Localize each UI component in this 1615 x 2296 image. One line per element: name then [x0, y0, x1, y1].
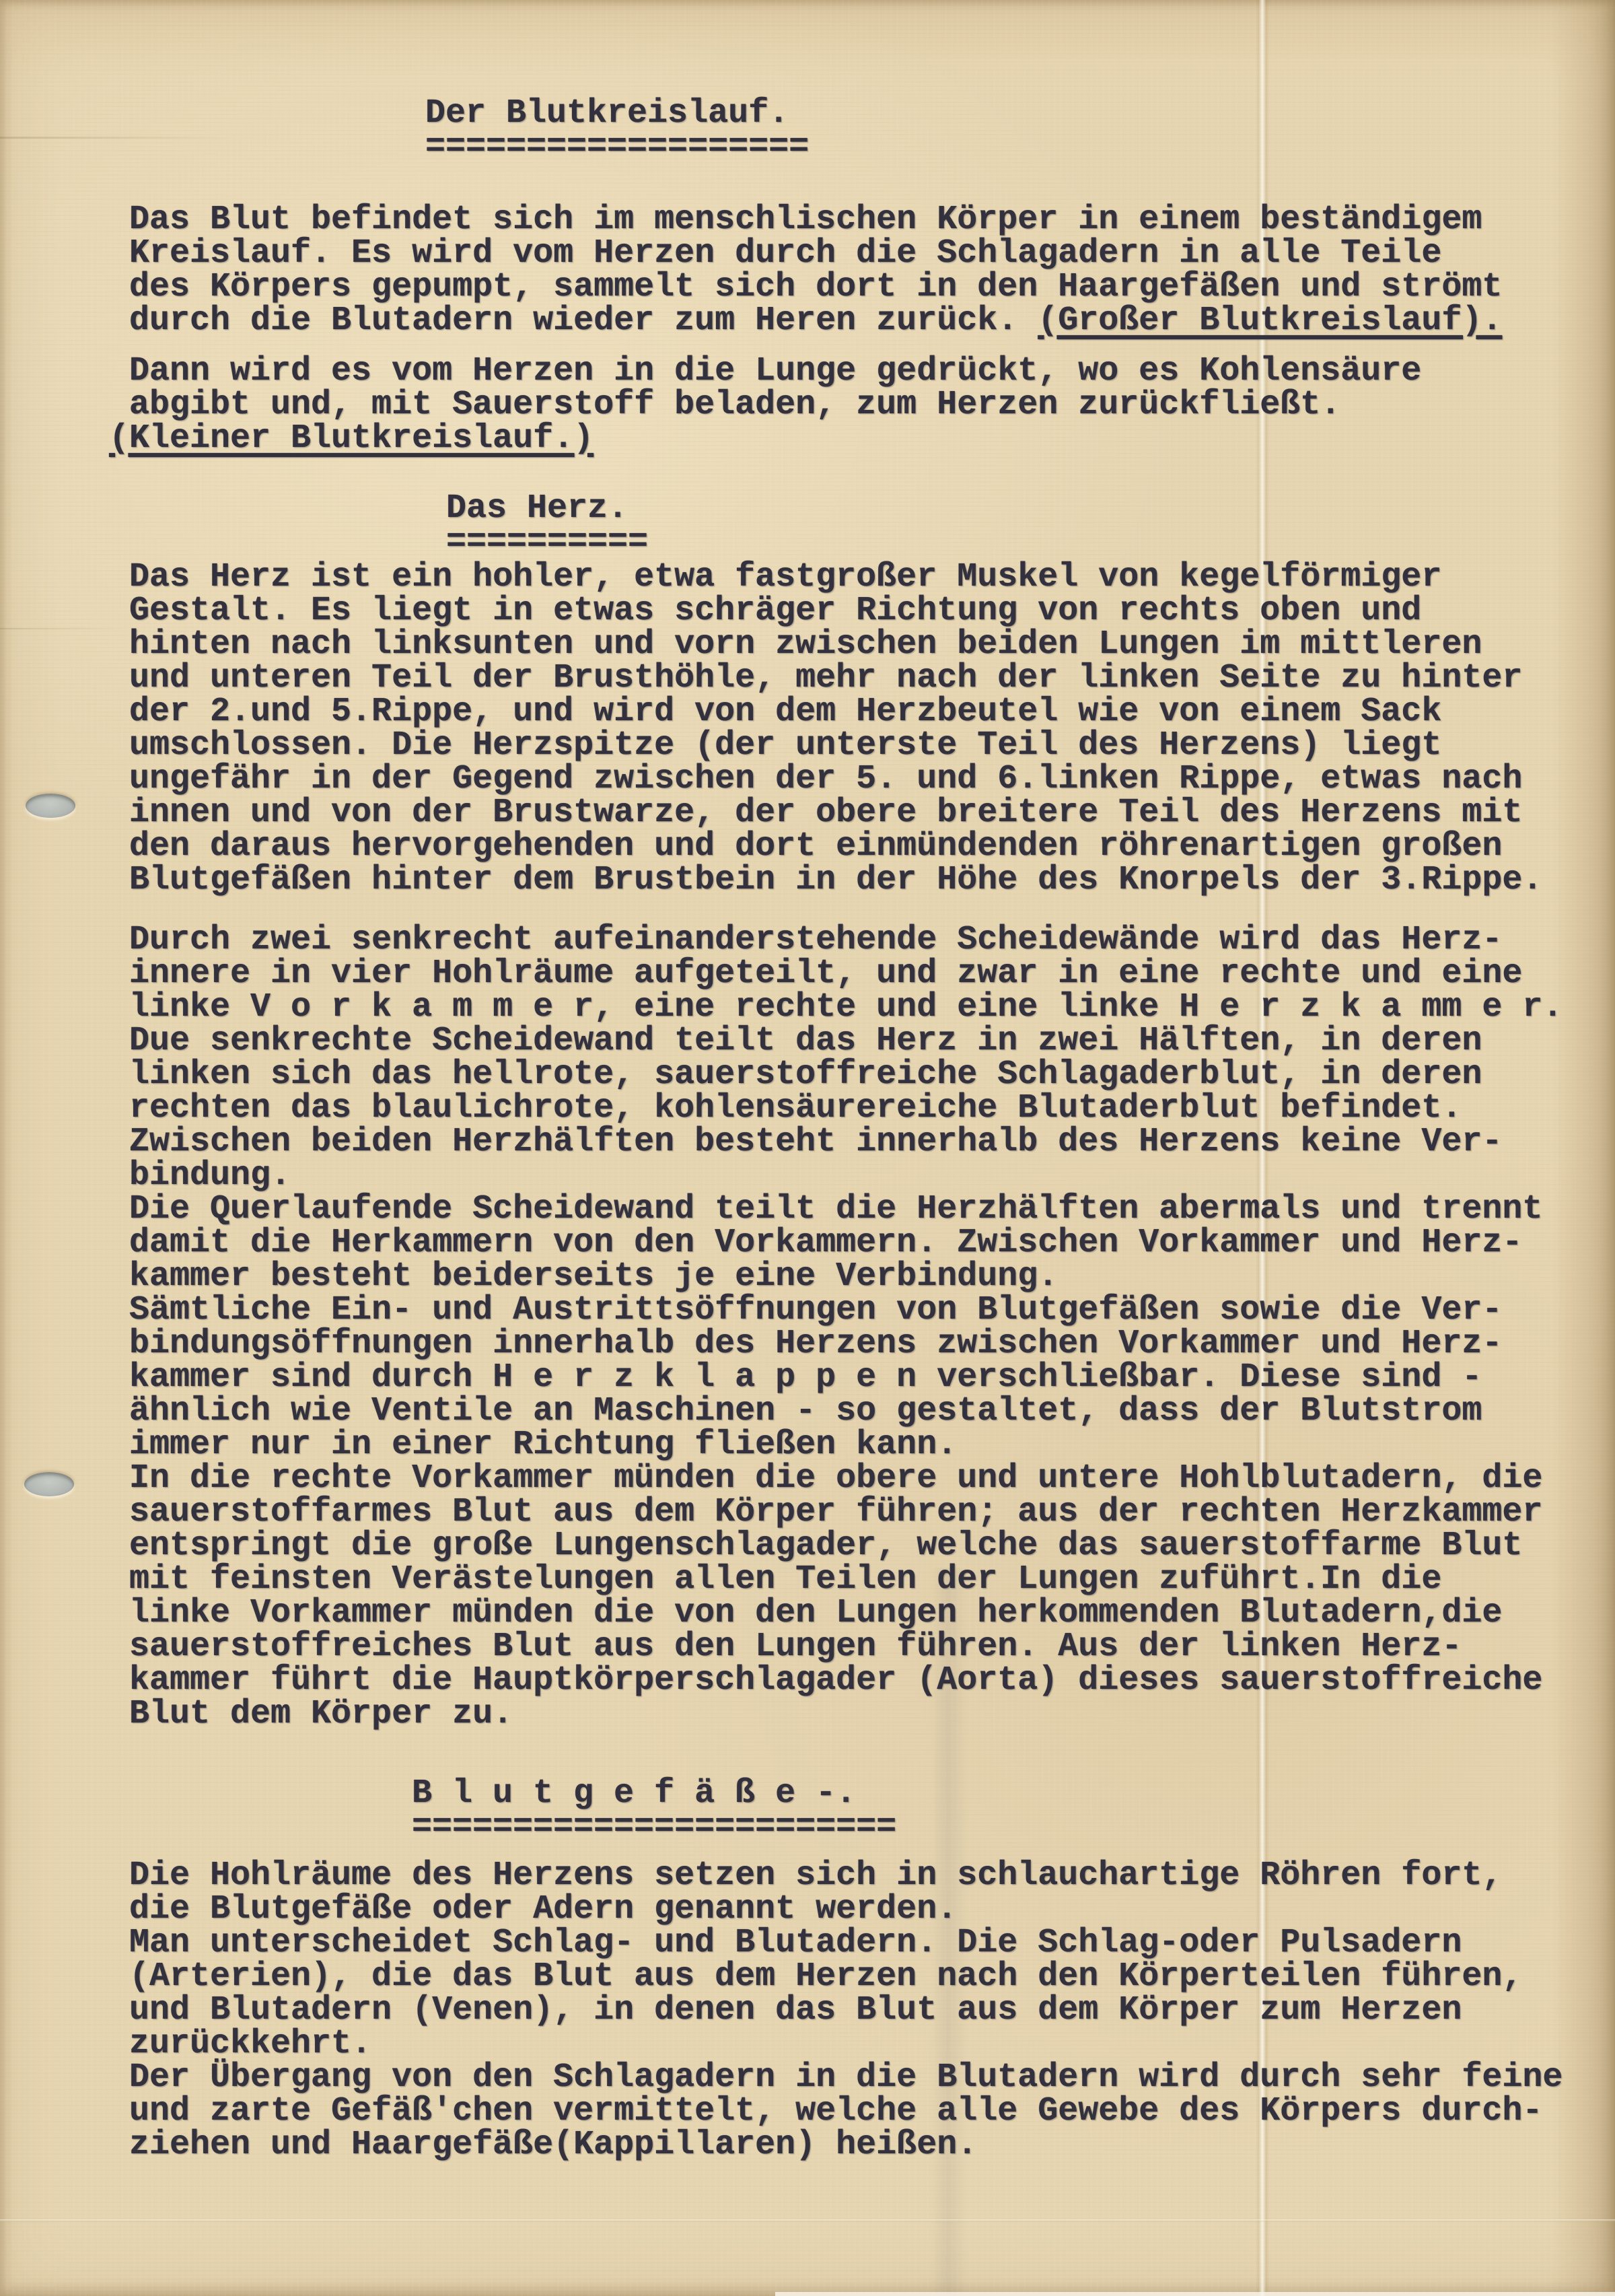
- line-text: In die rechte Vorkammer münden die obere…: [129, 1459, 1542, 1498]
- line-text: rechten das blaulichrote, kohlensäurerei…: [129, 1089, 1462, 1127]
- line-text: Das Herz.: [446, 489, 628, 528]
- text-line: Das Herz ist ein hohler, etwa fastgroßer…: [129, 561, 1615, 594]
- text-line: Der Übergang von den Schlagadern in die …: [129, 2061, 1615, 2095]
- text-line: durch die Blutadern wieder zum Heren zur…: [129, 304, 1615, 338]
- line-text: und unteren Teil der Brusthöhle, mehr na…: [129, 659, 1522, 697]
- text-line: Das Herz.: [446, 492, 1615, 526]
- text-line: Sämtliche Ein- und Austrittsöffnungen vo…: [129, 1294, 1615, 1327]
- line-text: innen und von der Brustwarze, der obere …: [129, 794, 1522, 832]
- text-line: und unteren Teil der Brusthöhle, mehr na…: [129, 662, 1615, 695]
- text-line: ähnlich wie Ventile an Maschinen - so ge…: [129, 1395, 1615, 1428]
- text-line: Durch zwei senkrecht aufeinanderstehende…: [129, 924, 1615, 957]
- text-line: Die Hohlräume des Herzens setzen sich in…: [129, 1859, 1615, 1893]
- line-text: ungefähr in der Gegend zwischen der 5. u…: [129, 760, 1522, 798]
- line-text: Die Hohlräume des Herzens setzen sich in…: [129, 1856, 1502, 1895]
- line-text: die Blutgefäße oder Adern genannt werden…: [129, 1890, 957, 1928]
- text-line: mit feinsten Verästelungen allen Teilen …: [129, 1563, 1615, 1597]
- punch-hole-top: [26, 794, 75, 818]
- line-text: Durch zwei senkrecht aufeinanderstehende…: [129, 921, 1502, 959]
- text-line: Dann wird es vom Herzen in die Lunge ged…: [129, 355, 1615, 388]
- line-text: und Blutadern (Venen), in denen das Blut…: [129, 1991, 1462, 2029]
- line-text: kammer führt die Hauptkörperschlagader (…: [129, 1661, 1542, 1700]
- text-line: (Arterien), die das Blut aus dem Herzen …: [129, 1960, 1615, 1994]
- text-line: ===================: [425, 131, 1615, 164]
- text-line: In die rechte Vorkammer münden die obere…: [129, 1462, 1615, 1496]
- line-text: kammer sind durch H e r z k l a p p e n …: [129, 1358, 1482, 1397]
- section-heading: Das Herz.==========: [446, 492, 1615, 559]
- text-line: der 2.und 5.Rippe, und wird von dem Herz…: [129, 695, 1615, 729]
- text-line: entspringt die große Lungenschlagader, w…: [129, 1529, 1615, 1563]
- section-heading: Der Blutkreislauf.===================: [425, 97, 1615, 164]
- line-text: zurückkehrt.: [129, 2025, 371, 2063]
- line-text: Zwischen beiden Herzhälften besteht inne…: [129, 1123, 1502, 1161]
- text-line: und zarte Gefäß'chen vermittelt, welche …: [129, 2095, 1615, 2128]
- line-text: B l u t g e f ä ß e -.: [412, 1774, 856, 1813]
- text-line: Der Blutkreislauf.: [425, 97, 1615, 131]
- text-line: sauerstoffarmes Blut aus dem Körper führ…: [129, 1496, 1615, 1529]
- text-line: linke V o r k a m m e r, eine rechte und…: [129, 991, 1615, 1024]
- line-text: des Körpers gepumpt, sammelt sich dort i…: [129, 268, 1502, 306]
- line-text: umschlossen. Die Herzspitze (der unterst…: [129, 726, 1441, 765]
- line-text: damit die Herkammern von den Vorkammern.…: [129, 1224, 1522, 1262]
- section-heading: B l u t g e f ä ß e -.==================…: [412, 1777, 1615, 1844]
- text-line: Man unterscheidet Schlag- und Blutadern.…: [129, 1926, 1615, 1960]
- text-line: innen und von der Brustwarze, der obere …: [129, 796, 1615, 830]
- line-text: kammer besteht beiderseits je eine Verbi…: [129, 1257, 1058, 1296]
- line-text: linke V o r k a m m e r, eine rechte und…: [129, 988, 1563, 1027]
- line-text: Due senkrechte Scheidewand teilt das Her…: [129, 1022, 1482, 1060]
- line-text: bindungsöffnungen innerhalb des Herzens …: [129, 1325, 1502, 1363]
- text-line: ==========: [446, 526, 1615, 559]
- underlined-text: (Kleiner Blutkreislauf.): [109, 419, 594, 458]
- line-text: bindung.: [129, 1156, 291, 1195]
- left-mid-crease: [0, 628, 131, 629]
- line-text: ========================: [412, 1808, 896, 1846]
- line-text: Dann wird es vom Herzen in die Lunge ged…: [129, 352, 1421, 390]
- line-text: ===================: [425, 128, 809, 166]
- bottom-crease: [0, 2219, 1615, 2222]
- line-text: Der Übergang von den Schlagadern in die …: [129, 2058, 1563, 2097]
- underlined-text: (Großer Blutkreislauf).: [1038, 302, 1502, 340]
- line-text: den daraus hervorgehenden und dort einmü…: [129, 827, 1502, 866]
- text-line: Die Querlaufende Scheidewand teilt die H…: [129, 1193, 1615, 1226]
- text-line: zurückkehrt.: [129, 2027, 1615, 2061]
- line-text: Gestalt. Es liegt in etwas schräger Rich…: [129, 592, 1421, 630]
- line-text: hinten nach linksunten und vorn zwischen…: [129, 625, 1482, 664]
- paragraph: Die Hohlräume des Herzens setzen sich in…: [129, 1859, 1615, 2162]
- line-text: linke Vorkammer münden die von den Lunge…: [129, 1594, 1502, 1632]
- text-line: bindung.: [129, 1159, 1615, 1193]
- line-text: und zarte Gefäß'chen vermittelt, welche …: [129, 2092, 1542, 2130]
- paragraph: Durch zwei senkrecht aufeinanderstehende…: [129, 924, 1615, 1731]
- text-line: Blutgefäßen hinter dem Brustbein in der …: [129, 864, 1615, 897]
- line-text: Blut dem Körper zu.: [129, 1695, 513, 1733]
- text-line: Kreislauf. Es wird vom Herzen durch die …: [129, 237, 1615, 271]
- text-line: Blut dem Körper zu.: [129, 1698, 1615, 1731]
- text-line: (Kleiner Blutkreislauf.): [109, 422, 1615, 456]
- text-line: immer nur in einer Richtung fließen kann…: [129, 1428, 1615, 1462]
- text-line: sauerstoffreiches Blut aus den Lungen fü…: [129, 1630, 1615, 1664]
- line-text: immer nur in einer Richtung fließen kann…: [129, 1426, 957, 1464]
- paragraph: Dann wird es vom Herzen in die Lunge ged…: [129, 355, 1615, 456]
- line-text: Der Blutkreislauf.: [425, 94, 789, 133]
- text-line: Gestalt. Es liegt in etwas schräger Rich…: [129, 594, 1615, 628]
- text-line: ungefähr in der Gegend zwischen der 5. u…: [129, 763, 1615, 796]
- line-text: entspringt die große Lungenschlagader, w…: [129, 1527, 1522, 1565]
- line-text: Das Blut befindet sich im menschlischen …: [129, 201, 1482, 239]
- paragraph: Das Blut befindet sich im menschlischen …: [129, 203, 1615, 338]
- line-text: Das Herz ist ein hohler, etwa fastgroßer…: [129, 558, 1441, 596]
- punch-hole-bottom: [24, 1472, 74, 1496]
- text-column: Der Blutkreislauf.===================Das…: [129, 97, 1615, 2162]
- line-text: abgibt und, mit Sauerstoff beladen, zum …: [129, 386, 1340, 424]
- line-text: durch die Blutadern wieder zum Heren zur…: [129, 302, 1038, 340]
- text-line: bindungsöffnungen innerhalb des Herzens …: [129, 1327, 1615, 1361]
- scan-edge-sliver: [775, 2292, 1615, 2296]
- text-line: ========================: [412, 1811, 1615, 1844]
- text-line: B l u t g e f ä ß e -.: [412, 1777, 1615, 1811]
- text-line: des Körpers gepumpt, sammelt sich dort i…: [129, 271, 1615, 304]
- text-line: hinten nach linksunten und vorn zwischen…: [129, 628, 1615, 662]
- text-line: umschlossen. Die Herzspitze (der unterst…: [129, 729, 1615, 763]
- text-line: kammer führt die Hauptkörperschlagader (…: [129, 1664, 1615, 1698]
- text-line: kammer sind durch H e r z k l a p p e n …: [129, 1361, 1615, 1395]
- line-text: (Arterien), die das Blut aus dem Herzen …: [129, 1957, 1522, 1996]
- text-line: die Blutgefäße oder Adern genannt werden…: [129, 1893, 1615, 1926]
- text-line: innere in vier Hohlräume aufgeteilt, und…: [129, 957, 1615, 991]
- paragraph: Das Herz ist ein hohler, etwa fastgroßer…: [129, 561, 1615, 897]
- text-line: Zwischen beiden Herzhälften besteht inne…: [129, 1125, 1615, 1159]
- line-text: sauerstoffarmes Blut aus dem Körper führ…: [129, 1493, 1542, 1531]
- text-line: rechten das blaulichrote, kohlensäurerei…: [129, 1092, 1615, 1125]
- text-line: kammer besteht beiderseits je eine Verbi…: [129, 1260, 1615, 1294]
- line-text: sauerstoffreiches Blut aus den Lungen fü…: [129, 1628, 1462, 1666]
- scanned-page: Der Blutkreislauf.===================Das…: [0, 0, 1615, 2296]
- line-text: Kreislauf. Es wird vom Herzen durch die …: [129, 234, 1441, 273]
- text-line: linken sich das hellrote, sauerstoffreic…: [129, 1058, 1615, 1092]
- line-text: der 2.und 5.Rippe, und wird von dem Herz…: [129, 693, 1441, 731]
- text-line: damit die Herkammern von den Vorkammern.…: [129, 1226, 1615, 1260]
- line-text: Blutgefäßen hinter dem Brustbein in der …: [129, 861, 1542, 899]
- text-line: und Blutadern (Venen), in denen das Blut…: [129, 1994, 1615, 2027]
- line-text: innere in vier Hohlräume aufgeteilt, und…: [129, 954, 1522, 993]
- line-text: Sämtliche Ein- und Austrittsöffnungen vo…: [129, 1291, 1502, 1329]
- text-line: abgibt und, mit Sauerstoff beladen, zum …: [129, 388, 1615, 422]
- text-line: Due senkrechte Scheidewand teilt das Her…: [129, 1024, 1615, 1058]
- text-line: den daraus hervorgehenden und dort einmü…: [129, 830, 1615, 864]
- text-line: linke Vorkammer münden die von den Lunge…: [129, 1597, 1615, 1630]
- line-text: Man unterscheidet Schlag- und Blutadern.…: [129, 1924, 1462, 1962]
- line-text: ähnlich wie Ventile an Maschinen - so ge…: [129, 1392, 1482, 1430]
- text-line: ziehen und Haargefäße(Kappillaren) heiße…: [129, 2128, 1615, 2162]
- line-text: Die Querlaufende Scheidewand teilt die H…: [129, 1190, 1542, 1228]
- line-text: ziehen und Haargefäße(Kappillaren) heiße…: [129, 2126, 977, 2164]
- text-line: Das Blut befindet sich im menschlischen …: [129, 203, 1615, 237]
- line-text: mit feinsten Verästelungen allen Teilen …: [129, 1560, 1441, 1599]
- line-text: ==========: [446, 523, 648, 561]
- line-text: linken sich das hellrote, sauerstoffreic…: [129, 1055, 1482, 1094]
